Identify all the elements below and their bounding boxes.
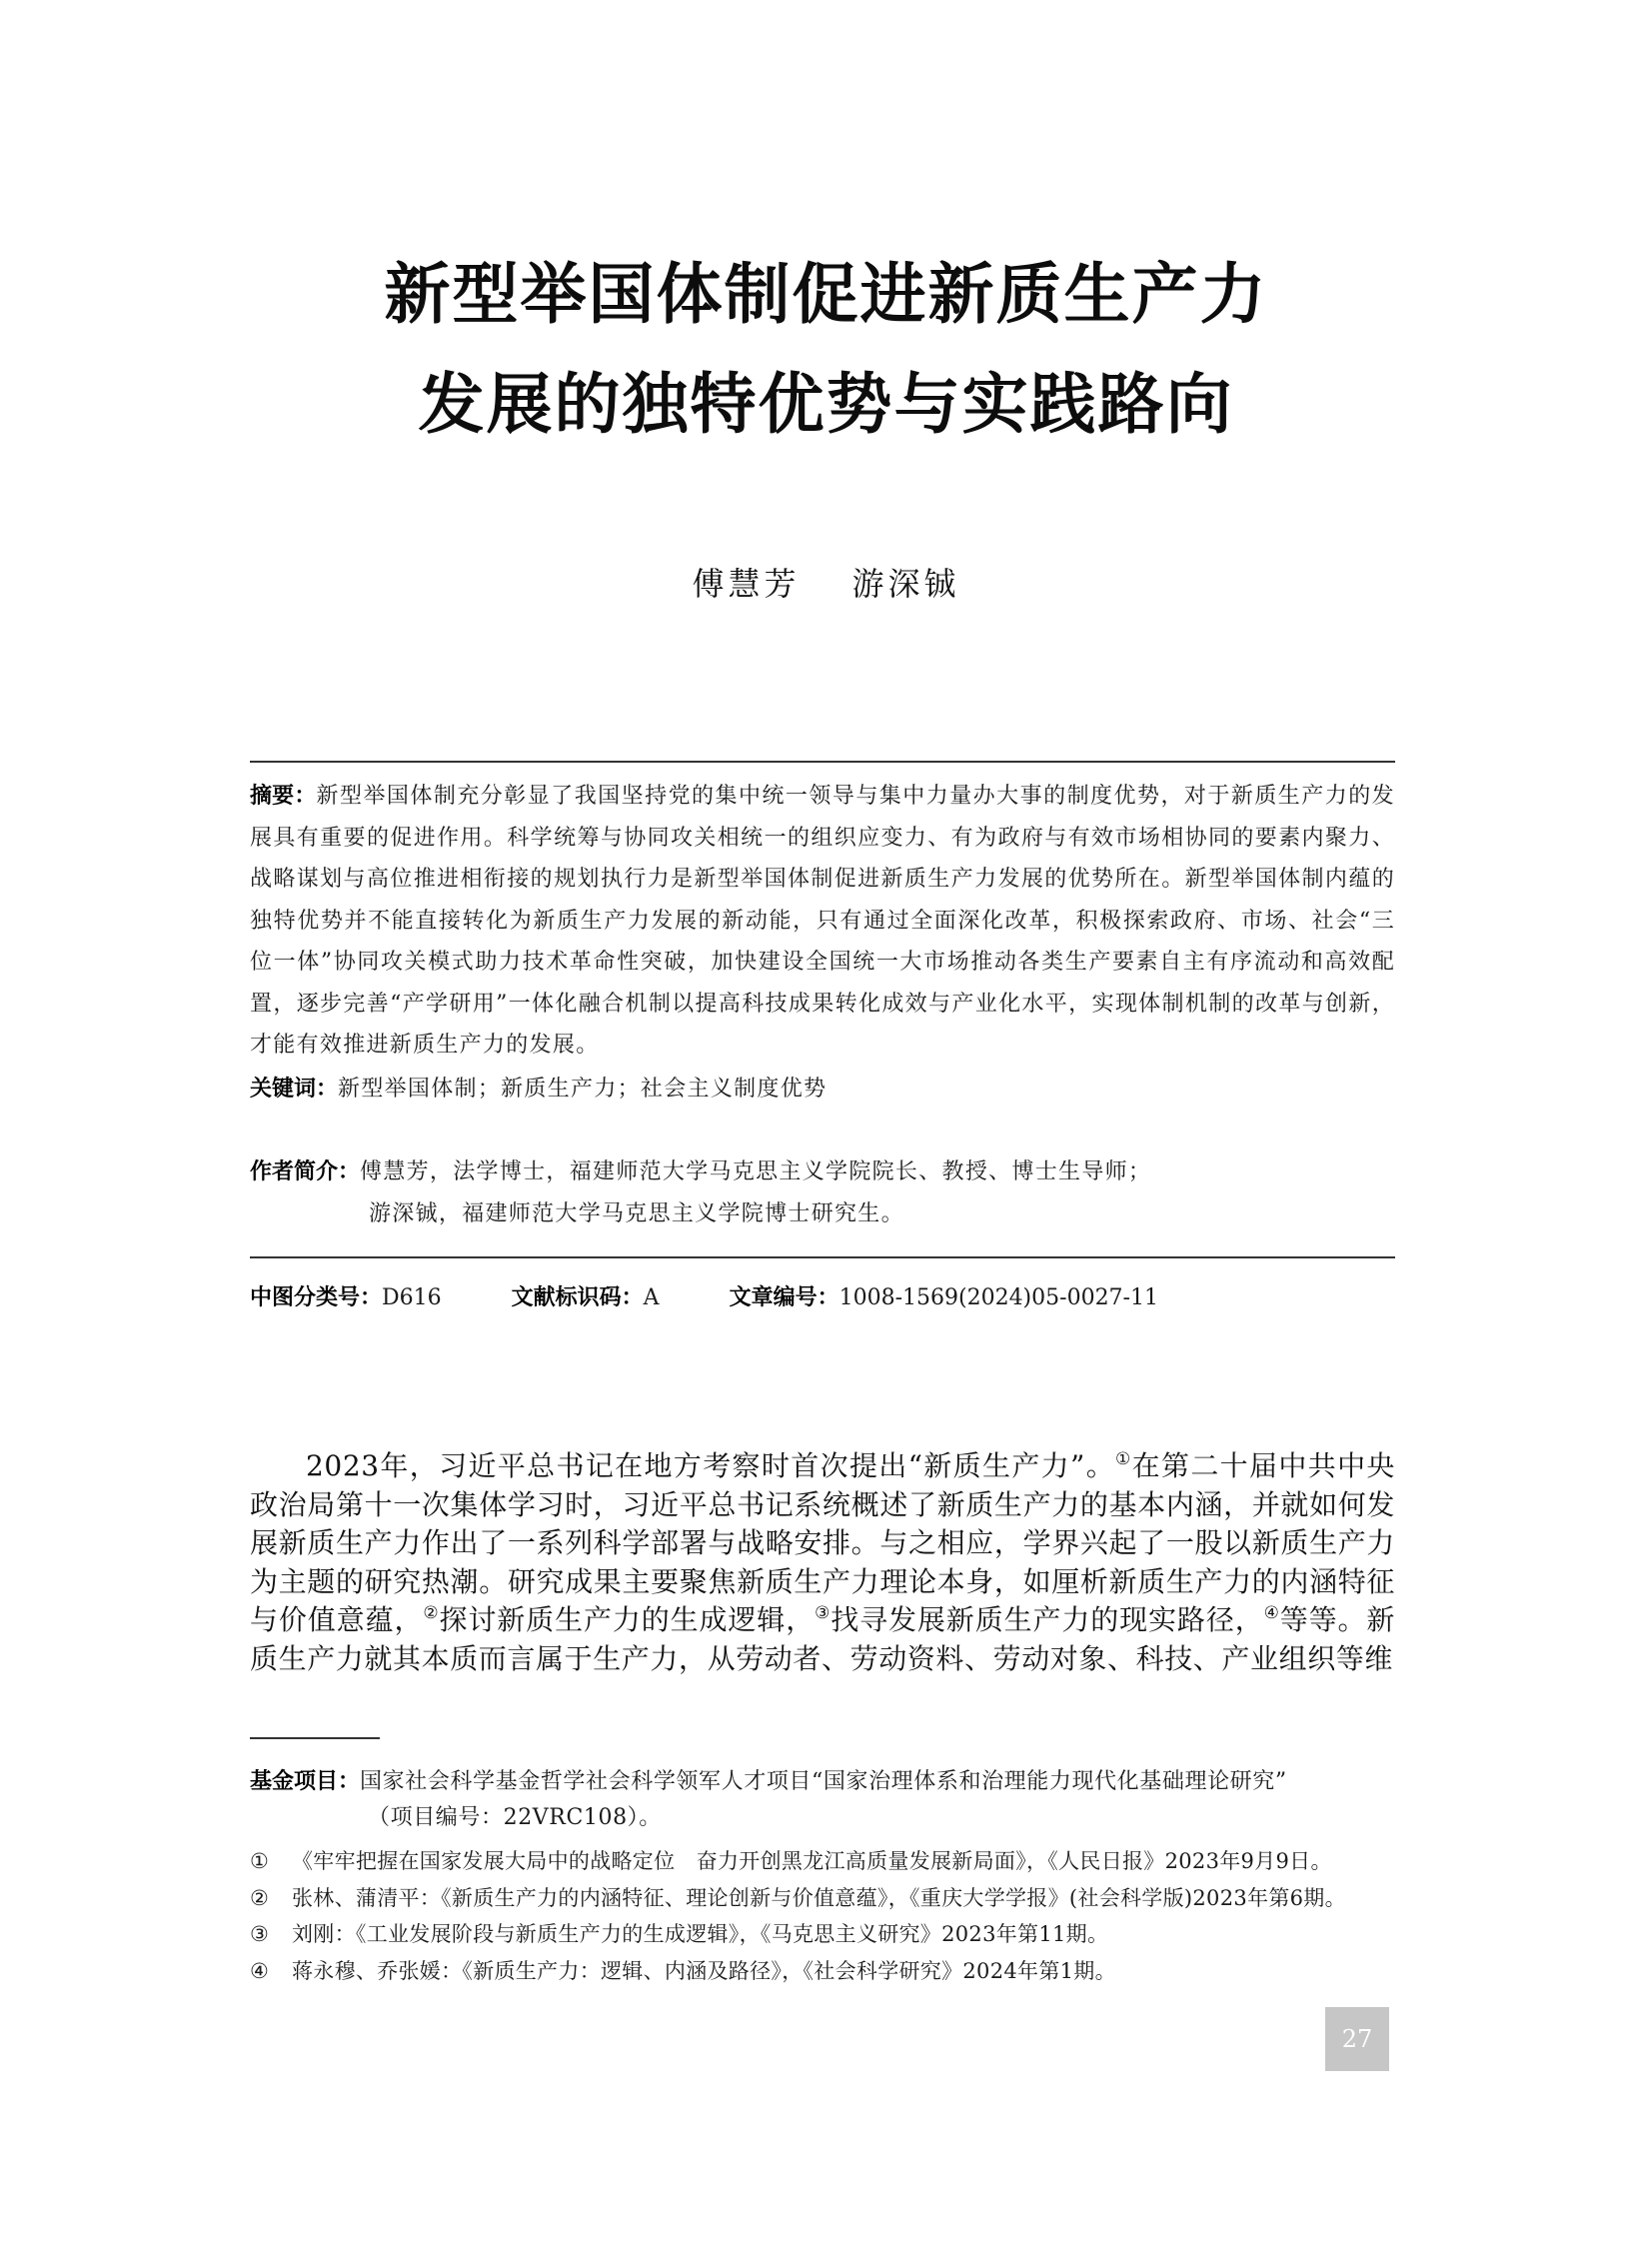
abstract-label: 摘要： [250,784,317,809]
funding-note: 基金项目：国家社会科学基金哲学社会科学领军人才项目“国家治理体系和治理能力现代化… [250,1764,1395,1836]
page-number: 27 [1325,2007,1389,2071]
footnote-item: ①《牢牢把握在国家发展大局中的战略定位 奋力开创黑龙江高质量发展新局面》，《人民… [250,1843,1395,1880]
footnote-ref-4[interactable]: ④ [1264,1603,1280,1623]
footnote-ref-2[interactable]: ② [423,1603,439,1623]
funding-line1: 国家社会科学基金哲学社会科学领军人才项目“国家治理体系和治理能力现代化基础理论研… [360,1769,1287,1794]
body-paragraph: 2023年，习近平总书记在地方考察时首次提出“新质生产力”。①在第二十届中共中央… [250,1447,1395,1678]
clc-number: 中图分类号：D616 [250,1283,442,1313]
keywords-text: 新型举国体制；新质生产力；社会主义制度优势 [338,1077,826,1102]
author-name: 游深铖 [852,565,960,603]
article-number: 文章编号：1008-1569(2024)05-0027-11 [730,1283,1158,1313]
footnote-ref-3[interactable]: ③ [815,1603,830,1623]
footnote-list: ①《牢牢把握在国家发展大局中的战略定位 奋力开创黑龙江高质量发展新局面》，《人民… [250,1843,1395,1989]
funding-label: 基金项目： [250,1769,360,1794]
author-bio-line2: 游深铖，福建师范大学马克思主义学院博士研究生。 [250,1193,1395,1235]
abstract: 摘要：新型举国体制充分彰显了我国坚持党的集中统一领导与集中力量办大事的制度优势，… [250,776,1395,1067]
keywords: 关键词：新型举国体制；新质生产力；社会主义制度优势 [250,1069,1395,1111]
author-bio-label: 作者简介： [250,1159,360,1184]
article-title-line2: 发展的独特优势与实践路向 [0,372,1652,438]
document-code: 文献标识码：A [512,1283,660,1313]
author-list: 傅慧芳游深铖 [0,568,1652,600]
keywords-label: 关键词： [250,1077,338,1102]
footnote-item: ②张林、蒲清平：《新质生产力的内涵特征、理论创新与价值意蕴》，《重庆大学学报》(… [250,1880,1395,1917]
article-metadata: 中图分类号：D616文献标识码：A文章编号：1008-1569(2024)05-… [250,1283,1228,1313]
divider-bottom [250,1256,1395,1258]
footnote-ref-1[interactable]: ① [1115,1449,1132,1469]
footnote-item: ④蒋永穆、乔张媛：《新质生产力：逻辑、内涵及路径》，《社会科学研究》2024年第… [250,1953,1395,1990]
divider-top [250,761,1395,763]
author-bio-line1: 傅慧芳，法学博士，福建师范大学马克思主义学院院长、教授、博士生导师； [360,1159,1151,1184]
funding-line2: （项目编号：22VRC108）。 [250,1800,1395,1836]
footnote-item: ③刘刚：《工业发展阶段与新质生产力的生成逻辑》，《马克思主义研究》2023年第1… [250,1916,1395,1953]
author-bio: 作者简介：傅慧芳，法学博士，福建师范大学马克思主义学院院长、教授、博士生导师； … [250,1151,1395,1234]
abstract-text: 新型举国体制充分彰显了我国坚持党的集中统一领导与集中力量办大事的制度优势，对于新… [250,784,1395,1058]
footnote-divider [250,1737,380,1739]
author-name: 傅慧芳 [692,565,800,603]
article-title-line1: 新型举国体制促进新质生产力 [0,262,1652,328]
